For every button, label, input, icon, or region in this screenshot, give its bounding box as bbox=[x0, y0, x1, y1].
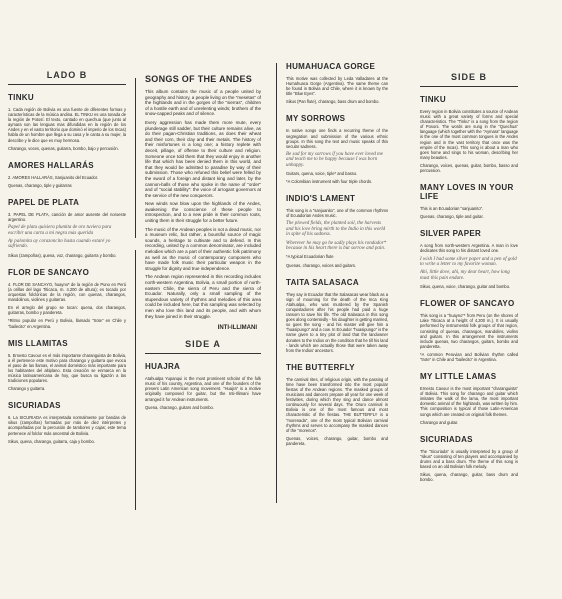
song-text: The carnival rites, of religious origin,… bbox=[286, 377, 388, 433]
song-text: *A typical Ecuadorian flute bbox=[286, 254, 388, 259]
song-text: They say in Ecuador that the Salasacas w… bbox=[286, 292, 388, 353]
song-title: SICURIADAS bbox=[8, 401, 126, 410]
side-a-header: SIDE A bbox=[145, 339, 261, 349]
song-title: THE BUTTERFLY bbox=[286, 363, 388, 372]
song-block: TINKU1. Cada región de Bolivia es una fu… bbox=[8, 93, 126, 151]
song-text: 1. Cada región de Bolivia es una fuente … bbox=[8, 107, 126, 143]
song-text: Quena, charango, guitars and bombo. bbox=[145, 405, 261, 410]
lado-b-column: LADO B TINKU1. Cada región de Bolivia es… bbox=[8, 70, 126, 454]
song-text: Sikus, quena, voice, charango, guitar an… bbox=[420, 284, 518, 289]
song-block: FLOR DE SANCAYO4. FLOR DE SANCAYO, huayn… bbox=[8, 268, 126, 329]
song-block: MANY LOVES IN YOUR LIFEThis is an Ecuado… bbox=[420, 183, 518, 219]
song-title: TAITA SALASACA bbox=[286, 278, 388, 287]
song-text: This motive was collected by Leda Vallad… bbox=[286, 76, 388, 96]
intro-title: SONGS OF THE ANDES bbox=[145, 74, 261, 84]
song-text: *Ritmo popular en Perú y Bolivia, llamad… bbox=[8, 318, 126, 328]
song-text: Atahualpa Yupanqui is the most prominent… bbox=[145, 376, 261, 401]
song-title: MY SORROWS bbox=[286, 114, 388, 123]
song-text: Sikus (zampoñas), quena, voz, charango, … bbox=[8, 253, 126, 258]
song-text: Quenas, charango, voices and guitars. bbox=[286, 263, 388, 268]
song-title: MANY LOVES IN YOUR LIFE bbox=[420, 183, 518, 201]
song-text: Charango and guitar. bbox=[420, 420, 518, 425]
song-text: En el arreglo del grupo se tocan: quena,… bbox=[8, 305, 126, 315]
song-verse: Wherever he may go he sadly plays his ro… bbox=[286, 241, 388, 252]
song-title: MIS LLAMITAS bbox=[8, 339, 126, 348]
header-rule bbox=[420, 86, 518, 87]
song-block: SICURIADAS6. La SICURIADA es interpretad… bbox=[8, 401, 126, 443]
song-title: PAPEL DE PLATA bbox=[8, 198, 126, 207]
song-verse: Papel de plata quisiera plumita de oro t… bbox=[8, 225, 126, 236]
song-text: The "Sicuriada" is usually interpreted b… bbox=[420, 449, 518, 469]
song-title: TINKU bbox=[8, 93, 126, 102]
song-text: Quenas, voices, charango, guitar, bombo … bbox=[286, 436, 388, 446]
song-verse: Be sad for my sorrows if you have ever l… bbox=[286, 152, 388, 168]
song-title: HUMAHUACA GORGE bbox=[286, 62, 388, 71]
song-text: *A Colombian instrument with four triple… bbox=[286, 179, 388, 184]
song-verse: Ay palomita ay corazoncito hasta cuando … bbox=[8, 239, 126, 250]
song-title: FLOWER OF SANCAYO bbox=[420, 299, 518, 308]
header-rule bbox=[8, 84, 126, 85]
song-verse: The plowed fields, the planted soil, the… bbox=[286, 221, 388, 237]
side-a-songs-part1: HUAJRAAtahualpa Yupanqui is the most pro… bbox=[145, 362, 261, 410]
song-text: 6. La SICURIADA es interpretada normalme… bbox=[8, 415, 126, 435]
song-block: TINKUEvery region in Bolivia constitutes… bbox=[420, 95, 518, 173]
signature: INTI-ILLIMANI bbox=[145, 325, 257, 331]
song-title: HUAJRA bbox=[145, 362, 261, 371]
song-block: SILVER PAPERA song from north-western Ar… bbox=[420, 229, 518, 289]
song-text: Ernesto Cavour is the most important "ch… bbox=[420, 386, 518, 417]
song-text: Charango, voices, quenas, guitar, bombo,… bbox=[420, 163, 518, 173]
lado-b-header: LADO B bbox=[8, 70, 126, 80]
song-title: SICURIADAS bbox=[420, 435, 518, 444]
song-text: Charango, voces, quenas, guitarra, bombo… bbox=[8, 146, 126, 151]
song-title: MY LITTLE LAMAS bbox=[420, 372, 518, 381]
intro-paragraph: Every aggression has made them more mute… bbox=[145, 120, 261, 198]
song-title: INDIO'S LAMENT bbox=[286, 194, 388, 203]
song-block: THE BUTTERFLYThe carnival rites, of reli… bbox=[286, 363, 388, 446]
intro-text: This album contains the music of a peopl… bbox=[145, 89, 261, 319]
song-title: AMORES HALLARÁS bbox=[8, 161, 126, 170]
song-block: HUMAHUACA GORGEThis motive was collected… bbox=[286, 62, 388, 104]
song-title: SILVER PAPER bbox=[420, 229, 518, 238]
song-title: FLOR DE SANCAYO bbox=[8, 268, 126, 277]
song-text: A song from north-western Argentina. A m… bbox=[420, 243, 518, 253]
side-b-header: SIDE B bbox=[420, 72, 518, 82]
song-text: Quenas, charango, tiple y guitarras bbox=[8, 183, 126, 188]
song-text: Sikus, quena, charango, guitarra, caja y… bbox=[8, 439, 126, 444]
intro-column: SONGS OF THE ANDES This album contains t… bbox=[145, 74, 261, 420]
column-divider bbox=[135, 78, 136, 238]
song-block: INDIO'S LAMENTThis song is a "sanjuanito… bbox=[286, 194, 388, 267]
song-text: 3. PAPEL DE PLATA, canción de amor ausen… bbox=[8, 212, 126, 222]
lado-b-songs: TINKU1. Cada región de Bolivia es una fu… bbox=[8, 93, 126, 444]
song-text: This is an Ecuadorian "sanjuanito". bbox=[420, 206, 518, 211]
song-block: PAPEL DE PLATA3. PAPEL DE PLATA, canción… bbox=[8, 198, 126, 258]
song-block: MY SORROWSIn native songs one finds a re… bbox=[286, 114, 388, 184]
side-b-songs: TINKUEvery region in Bolivia constitutes… bbox=[420, 95, 518, 482]
song-block: AMORES HALLARÁS2. AMORES HALLARÁS, Sanju… bbox=[8, 161, 126, 188]
song-text: Guitars, quena, voice, tiple* and basso. bbox=[286, 171, 388, 176]
song-block: SICURIADASThe "Sicuriada" is usually int… bbox=[420, 435, 518, 483]
header-rule bbox=[145, 353, 261, 354]
song-block: FLOWER OF SANCAYOThis song is a "huayno"… bbox=[420, 299, 518, 362]
song-text: Every region in Bolivia constitutes a so… bbox=[420, 109, 518, 160]
song-text: Sikus, quena, charango, guitar, bass dru… bbox=[420, 472, 518, 482]
song-text: *A common Peruvian and Bolivian rhythm c… bbox=[420, 352, 518, 362]
intro-paragraph: New winds now blow upon the highlands of… bbox=[145, 201, 261, 223]
song-title: TINKU bbox=[420, 95, 518, 104]
intro-paragraph: The music of the Andean peoples is not a… bbox=[145, 227, 261, 272]
side-a-songs-part2: HUMAHUACA GORGEThis motive was collected… bbox=[286, 62, 388, 446]
song-text: 2. AMORES HALLARÁS, Sanjuanito del Ecuad… bbox=[8, 175, 126, 180]
side-b-column: SIDE B TINKUEvery region in Bolivia cons… bbox=[420, 72, 518, 492]
song-text: Sikus (Pan flute), charango, bass drum a… bbox=[286, 99, 388, 104]
song-text: This song is a "sanjuanito", one of the … bbox=[286, 208, 388, 218]
song-text: This song is a "huayno"* from Peru (on t… bbox=[420, 313, 518, 349]
column-divider bbox=[276, 63, 277, 503]
song-block: TAITA SALASACAThey say in Ecuador that t… bbox=[286, 278, 388, 353]
column-divider bbox=[135, 250, 136, 510]
intro-paragraph: This album contains the music of a peopl… bbox=[145, 89, 261, 117]
song-verse: I wish I had some silver paper and a pen… bbox=[420, 257, 518, 268]
song-verse: Ahi, little dove, ahi, my dear heart, ho… bbox=[420, 270, 518, 281]
song-text: Quenas, charango, tiple and guitar. bbox=[420, 214, 518, 219]
song-text: Charango y guitarra. bbox=[8, 386, 126, 391]
song-text: 5. Ernesto Cavour es el más importante c… bbox=[8, 353, 126, 384]
song-block: MY LITTLE LAMASErnesto Cavour is the mos… bbox=[420, 372, 518, 425]
song-block: HUAJRAAtahualpa Yupanqui is the most pro… bbox=[145, 362, 261, 410]
song-block: MIS LLAMITAS5. Ernesto Cavour es el más … bbox=[8, 339, 126, 392]
intro-paragraph: The Andean region represented in this re… bbox=[145, 274, 261, 319]
song-text: 4. FLOR DE SANCAYO, huayno* de la región… bbox=[8, 282, 126, 302]
side-a-column: HUMAHUACA GORGEThis motive was collected… bbox=[286, 62, 388, 456]
song-text: In native songs one finds a recurring th… bbox=[286, 128, 388, 148]
